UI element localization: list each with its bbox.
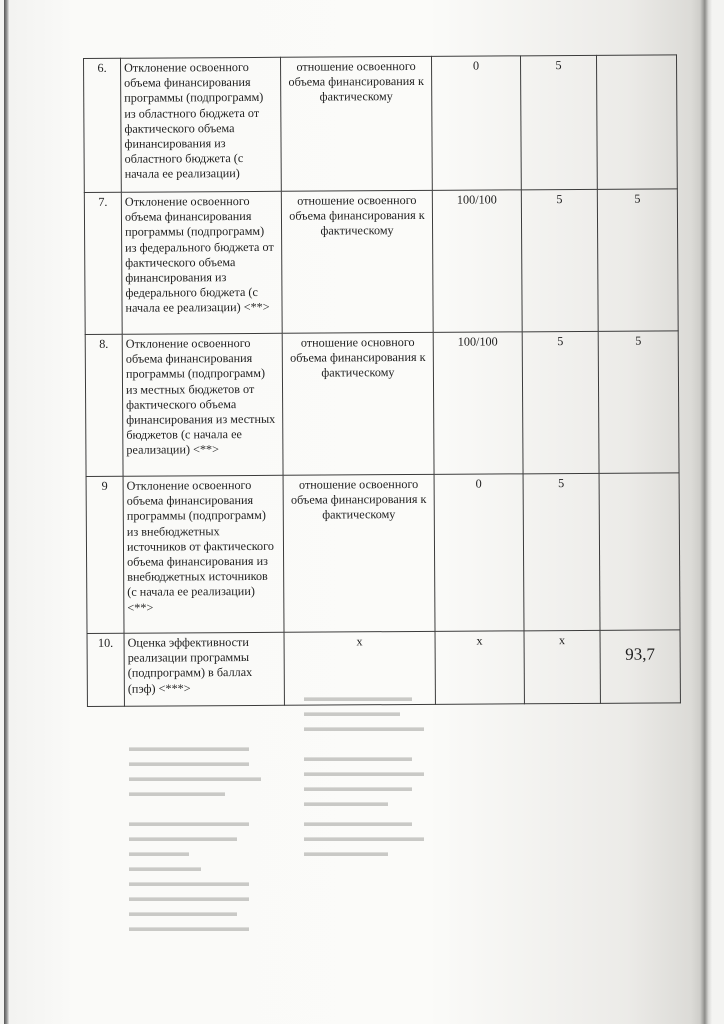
calculation-formula: отношение освоенного объема финансирован… <box>281 190 433 333</box>
indicator-name: Отклонение освоенного объема финансирова… <box>121 191 282 334</box>
actual-value: 0 <box>431 56 521 191</box>
row-number: 6. <box>84 58 122 192</box>
row-number: 7. <box>84 192 122 334</box>
score <box>599 473 680 630</box>
table-row: 10. Оценка эффективности реализации прог… <box>87 630 680 707</box>
score: 5 <box>597 189 678 331</box>
calculation-formula: x <box>284 631 435 705</box>
max-score: x <box>524 630 600 703</box>
table-row: 7. Отклонение освоенного объема финансир… <box>84 189 678 335</box>
calculation-formula: отношение освоенного объема финансирован… <box>280 56 432 191</box>
score: 5 <box>598 331 679 473</box>
bleed-through-text: ▬▬▬▬▬▬▬▬▬▬ ▬▬▬▬▬▬▬▬▬▬ ▬▬▬▬▬▬▬▬▬▬▬ ▬▬▬▬▬▬… <box>129 740 261 800</box>
bleed-through-text: ▬▬▬▬▬▬▬▬▬▬ ▬▬▬▬▬▬▬▬▬ ▬▬▬▬▬ ▬▬▬▬▬▬ ▬▬▬▬▬▬… <box>129 815 249 935</box>
row-number: 8. <box>85 334 123 476</box>
calculation-formula: отношение освоенного объема финансирован… <box>283 474 435 632</box>
row-number: 10. <box>87 633 124 706</box>
actual-value: 0 <box>434 474 524 632</box>
table-row: 6. Отклонение освоенного объема финансир… <box>84 55 678 193</box>
row-number: 9 <box>86 476 124 633</box>
total-score: 93,7 <box>600 630 680 703</box>
evaluation-table: 6. Отклонение освоенного объема финансир… <box>83 54 681 707</box>
scan-edge-left <box>4 0 9 1024</box>
scan-edge-right <box>700 0 712 1024</box>
table-row: 8. Отклонение освоенного объема финансир… <box>85 331 679 477</box>
score <box>596 55 677 189</box>
indicator-name: Оценка эффективности реализации программ… <box>124 632 284 706</box>
actual-value: 100/100 <box>433 332 523 475</box>
max-score: 5 <box>522 331 599 473</box>
indicator-name: Отклонение освоенного объема финансирова… <box>121 57 282 192</box>
calculation-formula: отношение основного объема финансировани… <box>282 332 434 475</box>
indicator-name: Отклонение освоенного объема финансирова… <box>123 475 284 633</box>
bleed-through-text: ▬▬▬▬▬▬▬▬▬ ▬▬▬▬▬▬▬▬▬▬ ▬▬▬▬▬▬▬▬▬ ▬▬▬▬▬▬▬ <box>304 750 424 810</box>
table-row: 9 Отклонение освоенного объема финансиро… <box>86 473 680 634</box>
max-score: 5 <box>521 189 598 331</box>
max-score: 5 <box>523 473 600 630</box>
bleed-through-text: ▬▬▬▬▬▬▬▬▬ ▬▬▬▬▬▬▬▬▬▬ ▬▬▬▬▬▬▬ <box>304 815 424 860</box>
max-score: 5 <box>520 55 597 189</box>
indicator-name: Отклонение освоенного объема финансирова… <box>122 333 283 476</box>
actual-value: x <box>435 631 524 705</box>
actual-value: 100/100 <box>432 190 522 333</box>
